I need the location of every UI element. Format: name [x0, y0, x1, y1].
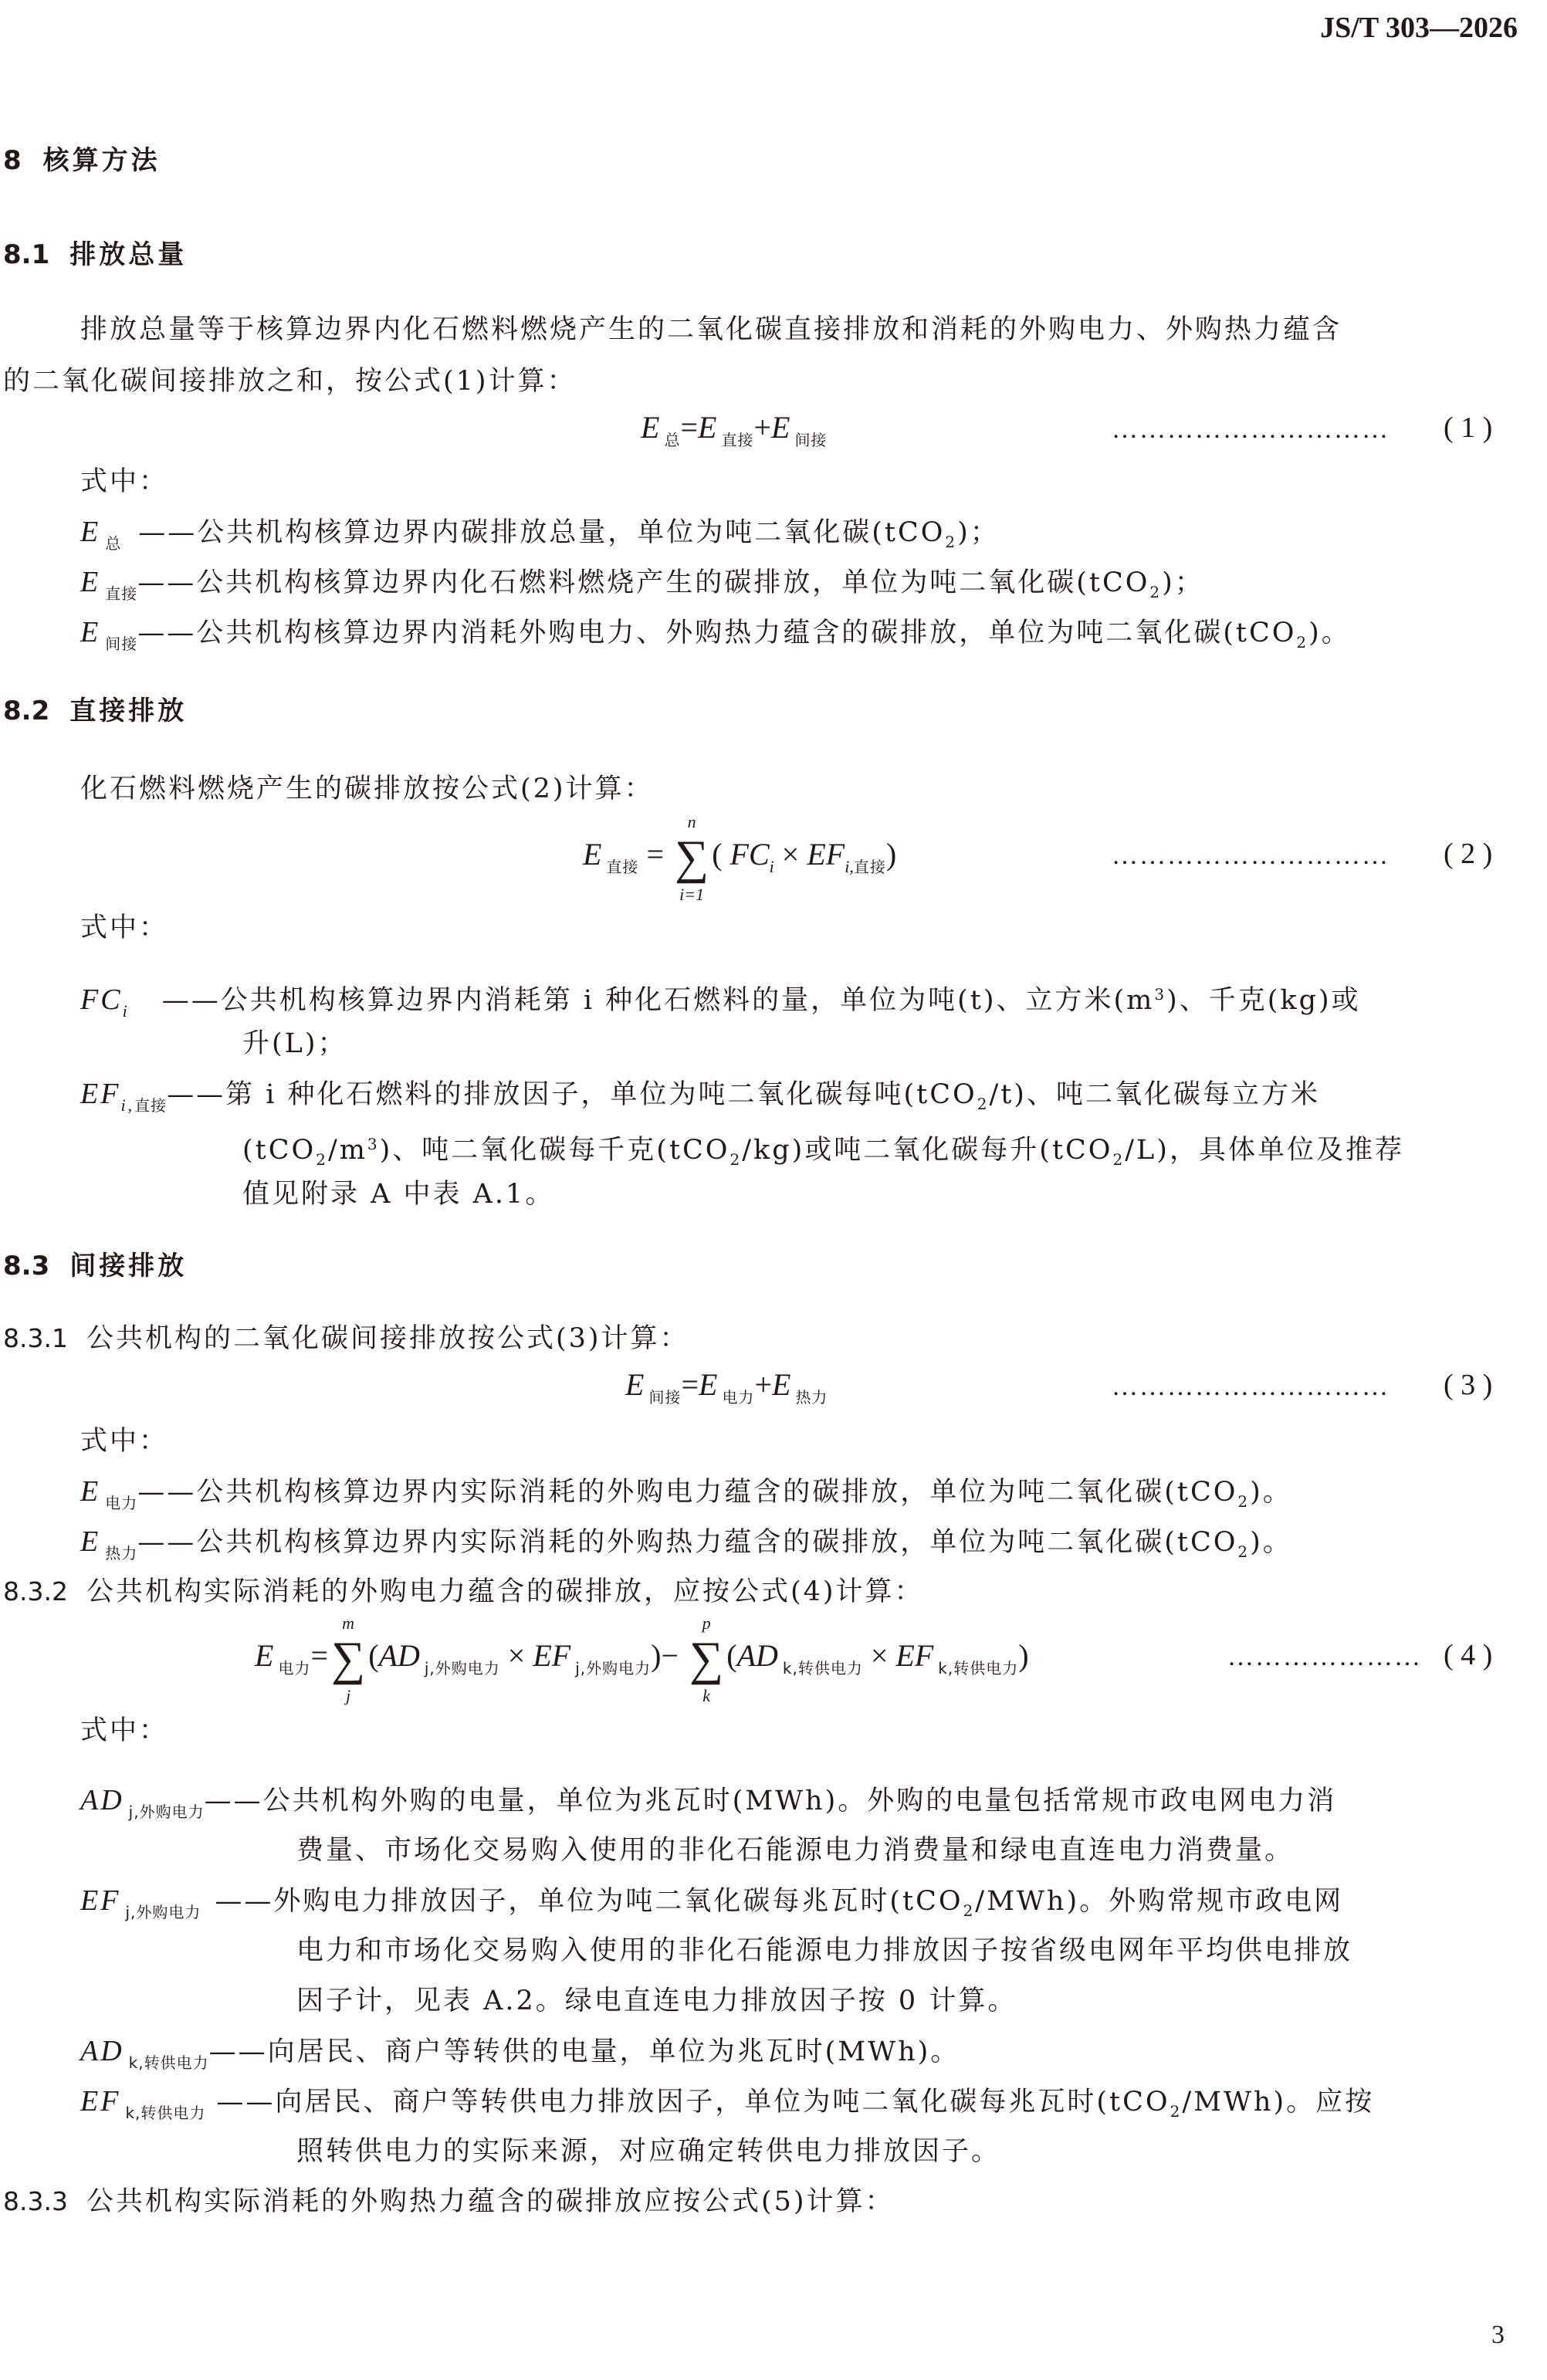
definition-ef-direct: EFi,直接——第 i 种化石燃料的排放因子，单位为吨二氧化碳每吨(tCO2/t…	[80, 1077, 1320, 1122]
section-8-3-heading: 8.3间接排放	[3, 1244, 187, 1282]
leader-dots: …………………………	[1112, 841, 1390, 871]
equation-number: ( 3 )	[1444, 1368, 1492, 1402]
symbol: FCi	[80, 983, 130, 1016]
equals-sign: =	[646, 837, 664, 872]
leader-dots: …………………………	[1112, 415, 1390, 445]
section-number: 8.3	[3, 1251, 49, 1281]
clause-8-3-2: 8.3.2公共机构实际消耗的外购电力蕴含的碳排放，应按公式(4)计算：	[3, 1575, 924, 1609]
section-title: 排放总量	[69, 239, 187, 270]
definition-continuation: 值见附录 A 中表 A.1。	[242, 1177, 554, 1211]
paragraph-line: 的二氧化碳间接排放之和，按公式(1)计算：	[3, 364, 577, 398]
em-dash: ——	[167, 1079, 225, 1110]
subscript: 间接	[794, 431, 827, 449]
definition-text: 公共机构核算边界内消耗第 i 种化石燃料的量，单位为吨(t)、立方米(m	[221, 985, 1155, 1016]
summation-icon: ∑pk	[689, 1635, 723, 1683]
section-number: 8.2	[3, 696, 49, 726]
clause-8-3-3: 8.3.3公共机构实际消耗的外购热力蕴含的碳排放应按公式(5)计算：	[3, 2185, 895, 2219]
document-code: JS/T 303—2026	[1320, 11, 1518, 45]
equation-number: ( 2 )	[1444, 837, 1492, 871]
where-label: 式中：	[80, 465, 168, 499]
definition-ad-purchased: ADj,外购电力——公共机构外购的电量，单位为兆瓦时(MWh)。外购的电量包括常…	[80, 1783, 1336, 1829]
section-8-1-heading: 8.1排放总量	[3, 233, 187, 271]
definition-continuation: 照转供电力的实际来源，对应确定转供电力排放因子。	[296, 2135, 1000, 2168]
formula-4: E电力=∑mj(ADj,外购电力 × EFj,外购电力)− ∑pk(ADk,转供…	[255, 1635, 1029, 1683]
symbol-e: E	[771, 410, 790, 445]
leader-dots: …………………	[1227, 1643, 1422, 1672]
symbol: EFi,直接	[80, 1078, 167, 1110]
symbol: E直接	[80, 566, 137, 598]
section-title: 直接排放	[69, 696, 187, 726]
definition-fc: FCi——公共机构核算边界内消耗第 i 种化石燃料的量，单位为吨(t)、立方米(…	[80, 977, 1361, 1028]
definition-e-indirect: E间接——公共机构核算边界内消耗外购电力、外购热力蕴含的碳排放，单位为吨二氧化碳…	[80, 615, 1351, 661]
times-sign: ×	[782, 837, 800, 872]
summation-icon: ∑ni=1	[675, 834, 709, 882]
equals-sign: =	[680, 410, 698, 445]
subscript-2: 2	[945, 533, 957, 551]
definition-text: 公共机构核算边界内碳排放总量，单位为吨二氧化碳(tCO	[197, 517, 945, 548]
formula-2: E直接 = ∑ni=1( FCi × EFi,直接)	[583, 834, 896, 882]
paragraph-line: 排放总量等于核算边界内化石燃料燃烧产生的二氧化碳直接排放和消耗的外购电力、外购热…	[80, 313, 1342, 347]
clause-number: 8.3.2	[3, 1576, 68, 1606]
em-dash: ——	[137, 567, 196, 598]
em-dash: ——	[138, 517, 197, 548]
definition-e-total: E总——公共机构核算边界内碳排放总量，单位为吨二氧化碳(tCO2)；	[80, 515, 1000, 560]
clause-text: 公共机构实际消耗的外购电力蕴含的碳排放，应按公式(4)计算：	[86, 1576, 924, 1607]
equation-number: ( 1 )	[1444, 411, 1492, 445]
symbol-e: E	[641, 410, 659, 445]
definition-continuation: 电力和市场化交易购入使用的非化石能源电力排放因子按省级电网年平均供电排放	[296, 1934, 1352, 1968]
summation-icon: ∑mj	[331, 1635, 365, 1683]
subscript: 总	[664, 431, 680, 449]
definition-ad-resupplied: ADk,转供电力——向居民、商户等转供的电量，单位为兆瓦时(MWh)。	[80, 2034, 960, 2080]
symbol: E间接	[80, 616, 137, 648]
clause-text: 公共机构实际消耗的外购热力蕴含的碳排放应按公式(5)计算：	[86, 2186, 895, 2217]
subscript-2: 2	[1149, 583, 1162, 601]
definition-text: 公共机构核算边界内消耗外购电力、外购热力蕴含的碳排放，单位为吨二氧化碳(tCO	[196, 618, 1296, 648]
section-number: 8	[3, 145, 22, 176]
symbol-fc: FC	[730, 837, 770, 872]
plus-sign: +	[753, 410, 771, 445]
symbol-e: E	[583, 837, 601, 872]
section-title: 间接排放	[69, 1251, 187, 1281]
em-dash: ——	[162, 985, 221, 1016]
definition-text: 公共机构核算边界内化石燃料燃烧产生的碳排放，单位为吨二氧化碳(tCO	[196, 567, 1149, 598]
clause-number: 8.3.3	[3, 2186, 68, 2216]
symbol-ef: EF	[807, 837, 845, 872]
definition-continuation: 升(L)；	[242, 1027, 347, 1061]
section-8-heading: 8核算方法	[3, 139, 161, 177]
section-title: 核算方法	[43, 145, 161, 176]
section-number: 8.1	[3, 239, 49, 270]
clause-8-3-1: 8.3.1公共机构的二氧化碳间接排放按公式(3)计算：	[3, 1322, 689, 1356]
paragraph-line: 化石燃料燃烧产生的碳排放按公式(2)计算：	[80, 772, 654, 806]
subscript-2: 2	[1296, 633, 1308, 652]
subscript: 直接	[721, 431, 753, 449]
symbol-e: E	[698, 410, 716, 445]
definition-text: 第 i 种化石燃料的排放因子，单位为吨二氧化碳每吨(tCO	[225, 1079, 977, 1110]
section-8-2-heading: 8.2直接排放	[3, 689, 187, 727]
where-label: 式中：	[80, 911, 168, 945]
leader-dots: …………………………	[1112, 1373, 1390, 1402]
definition-ef-purchased: EFj,外购电力——外购电力排放因子，单位为吨二氧化碳每兆瓦时(tCO2/MWh…	[80, 1884, 1343, 1929]
clause-text: 公共机构的二氧化碳间接排放按公式(3)计算：	[86, 1323, 689, 1354]
definition-continuation: 因子计，见表 A.2。绿电直连电力排放因子按 0 计算。	[296, 1984, 1017, 2018]
page-number: 3	[1491, 2321, 1505, 2350]
definition-continuation: 费量、市场化交易购入使用的非化石能源电力消费量和绿电直连电力消费量。	[296, 1833, 1294, 1867]
equation-number: ( 4 )	[1444, 1638, 1492, 1672]
definition-continuation: (tCO2/m3)、吨二氧化碳每千克(tCO2/kg)或吨二氧化碳每升(tCO2…	[242, 1127, 1404, 1176]
definition-e-electricity: E电力——公共机构核算边界内实际消耗的外购电力蕴含的碳排放，单位为吨二氧化碳(t…	[80, 1474, 1292, 1520]
where-label: 式中：	[80, 1424, 168, 1458]
where-label: 式中：	[80, 1714, 168, 1748]
definition-e-direct: E直接——公共机构核算边界内化石燃料燃烧产生的碳排放，单位为吨二氧化碳(tCO2…	[80, 565, 1204, 611]
symbol: E总	[80, 516, 121, 548]
em-dash: ——	[137, 618, 196, 648]
definition-ef-resupplied: EFk,转供电力——向居民、商户等转供电力排放因子，单位为吨二氧化碳每兆瓦时(t…	[80, 2084, 1374, 2130]
clause-number: 8.3.1	[3, 1323, 68, 1353]
subscript: 直接	[606, 858, 638, 876]
definition-e-heat: E热力——公共机构核算边界内实际消耗的外购热力蕴含的碳排放，单位为吨二氧化碳(t…	[80, 1525, 1292, 1570]
formula-3: E间接=E电力+E热力	[625, 1366, 828, 1407]
formula-1: E总=E直接+E间接	[641, 409, 827, 450]
